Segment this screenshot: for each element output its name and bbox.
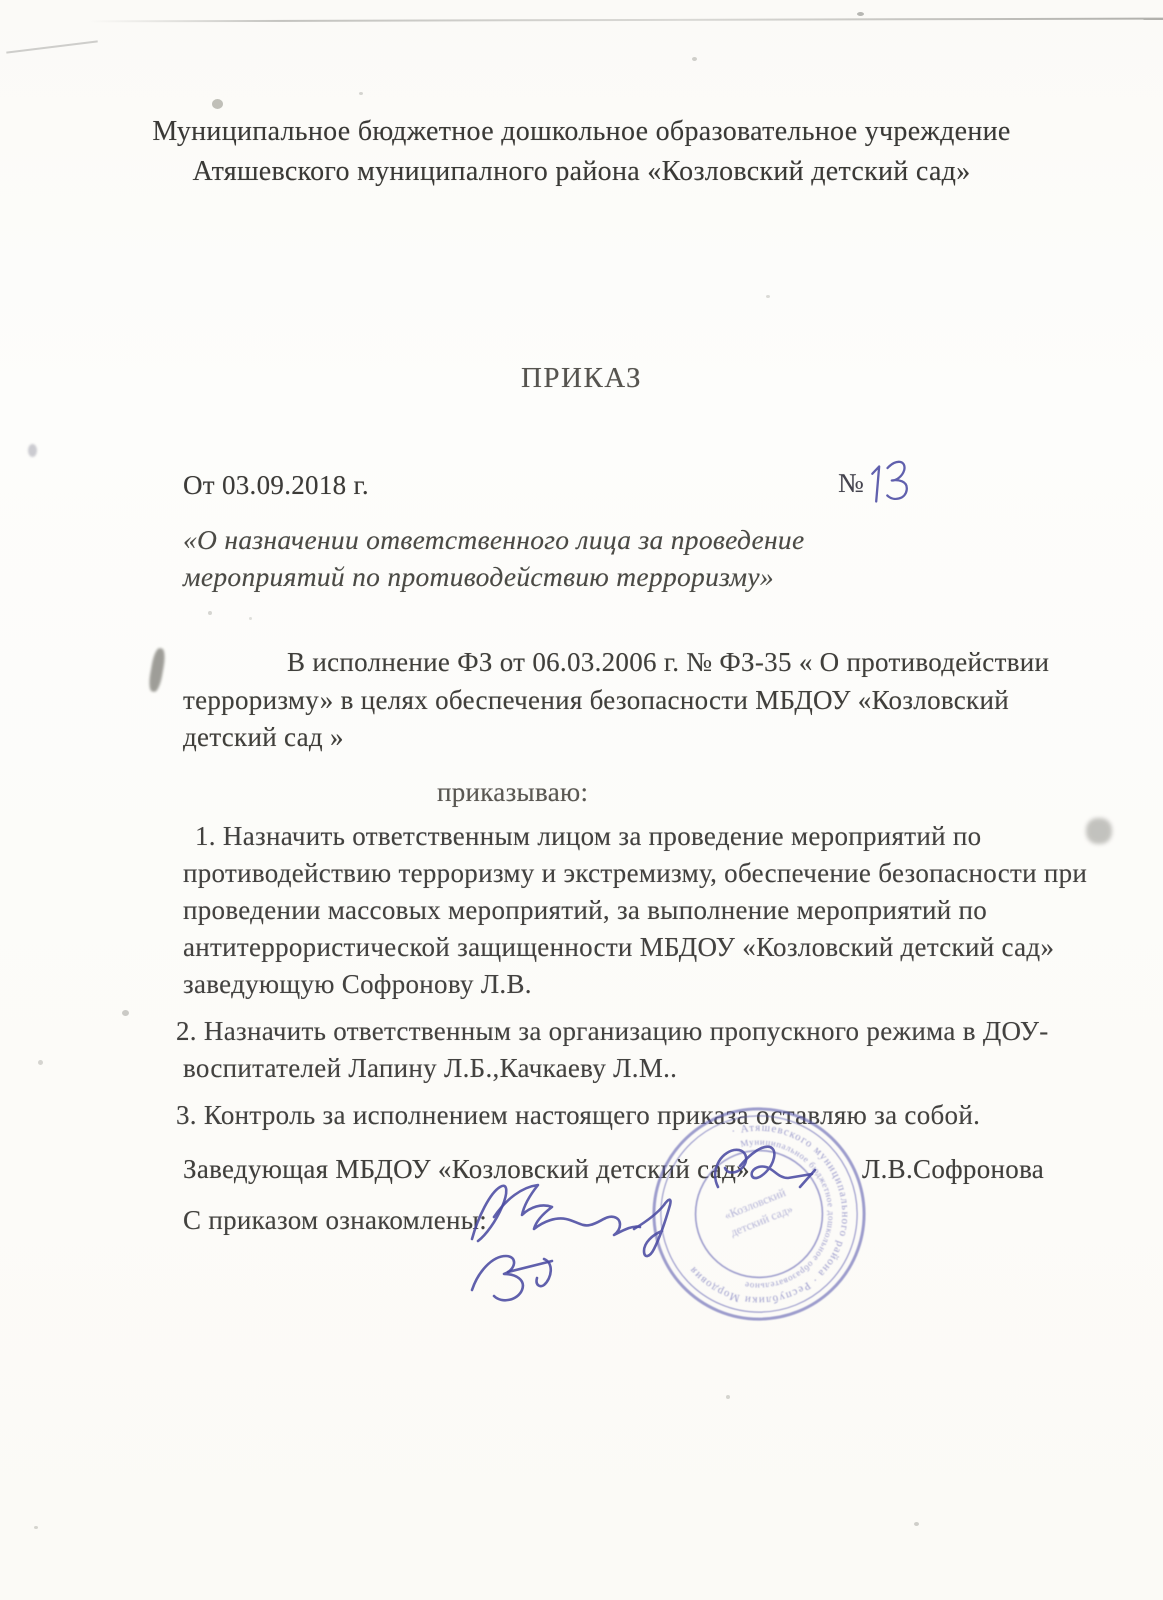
scan-speck <box>359 92 363 95</box>
item2-line-1: 2. Назначить ответственным за организаци… <box>176 1013 1049 1050</box>
order-item-1: 1. Назначить ответственным лицом за пров… <box>183 818 1087 1003</box>
header-line-2: Атяшевского муниципалного района «Козлов… <box>0 152 1163 192</box>
subject-line-2: мероприятий по противодействию терроризм… <box>183 559 805 596</box>
order-item-2: 2. Назначить ответственным за организаци… <box>176 1013 1049 1087</box>
acknowledgement-signature-2 <box>458 1246 584 1312</box>
handwritten-order-number <box>858 456 920 508</box>
scan-speck <box>34 1526 38 1529</box>
document-header: Муниципальное бюджетное дошкольное образ… <box>0 112 1163 192</box>
signatory-name: Л.В.Софронова <box>862 1154 1044 1185</box>
scan-smudge <box>147 647 166 692</box>
scan-speck <box>28 444 37 457</box>
preamble-line-3: детский сад » <box>183 719 1049 757</box>
scan-speck <box>914 1522 919 1526</box>
preamble-line-1: В исполнение ФЗ от 06.03.2006 г. № ФЗ-35… <box>183 644 1049 682</box>
ink-blot <box>1086 818 1112 844</box>
scan-speck <box>766 295 770 298</box>
subject-line-1: «О назначении ответственного лица за про… <box>183 522 805 559</box>
document-title: ПРИКАЗ <box>0 362 1163 395</box>
order-word: приказываю: <box>437 777 588 808</box>
item1-line-1: 1. Назначить ответственным лицом за пров… <box>183 818 1087 855</box>
preamble-line-2: терроризму» в целях обеспечения безопасн… <box>183 682 1049 720</box>
scan-speck <box>122 1010 129 1016</box>
scan-speck <box>692 57 697 61</box>
scan-speck <box>38 1060 43 1065</box>
scan-speck <box>208 611 212 615</box>
item1-line-3: проведении массовых мероприятий, за выпо… <box>183 892 1087 929</box>
order-subject: «О назначении ответственного лица за про… <box>183 522 805 595</box>
scan-speck <box>726 1395 730 1399</box>
item2-line-2: воспитателей Лапину Л.Б.,Качкаеву Л.М.. <box>176 1050 1049 1087</box>
item1-line-4: антитеррористической защищенности МБДОУ … <box>183 929 1087 966</box>
order-date: От 03.09.2018 г. <box>183 470 369 501</box>
scan-speck <box>249 617 252 620</box>
acknowledgement-label: С приказом ознакомлены: <box>183 1205 487 1236</box>
scan-edge-line <box>88 18 1163 23</box>
director-signature <box>700 1135 832 1215</box>
order-preamble: В исполнение ФЗ от 06.03.2006 г. № ФЗ-35… <box>183 644 1049 757</box>
scan-speck <box>212 99 223 109</box>
scanned-document-page: Муниципальное бюджетное дошкольное образ… <box>0 0 1163 1600</box>
item1-line-5: заведующую Софронову Л.В. <box>183 966 1087 1003</box>
item1-line-2: противодействию терроризму и экстремизму… <box>183 855 1087 892</box>
scan-edge-line <box>6 40 97 53</box>
scan-speck <box>857 12 864 16</box>
header-line-1: Муниципальное бюджетное дошкольное образ… <box>0 112 1163 152</box>
